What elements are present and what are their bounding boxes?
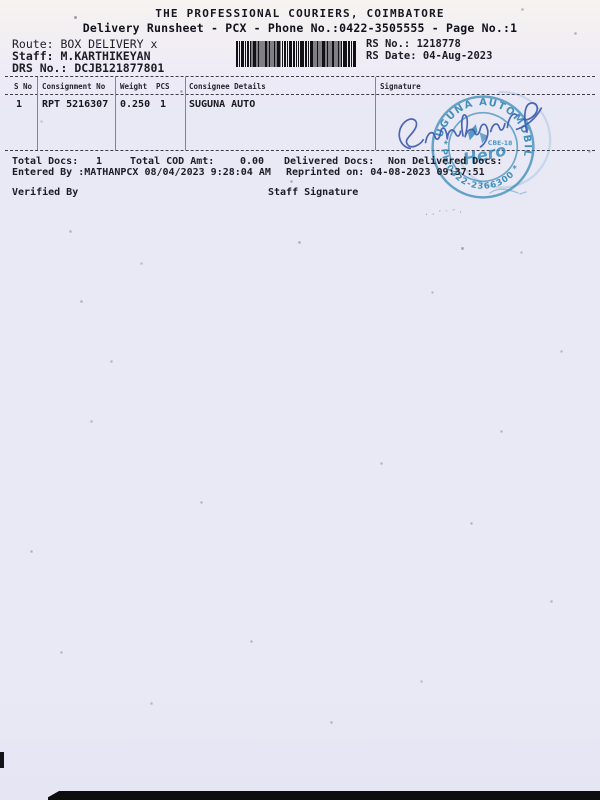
non-delivered-docs-label: Non Delivered Docs:	[388, 156, 502, 167]
stamp-ink-remnant	[488, 182, 528, 201]
scan-edge-tick	[0, 752, 4, 768]
col-header-consignee: Consignee Details	[189, 82, 266, 91]
rs-date: RS Date: 04-Aug-2023	[366, 50, 492, 62]
scan-noise	[0, 0, 1, 1]
cell-consignee: SUGUNA AUTO	[189, 99, 255, 110]
col-header-consignment: Consignment No	[42, 82, 105, 91]
col-header-weight: Weight	[120, 82, 147, 91]
total-cod-value: 0.00	[240, 156, 264, 167]
column-rule-2	[115, 77, 116, 150]
cell-weight: 0.250	[120, 99, 150, 110]
cell-consignment: RPT 5216307	[42, 99, 108, 110]
divider-top	[5, 76, 595, 77]
col-header-signature: Signature	[380, 82, 421, 91]
staff-signature-label: Staff Signature	[268, 187, 358, 198]
runsheet-subtitle: Delivery Runsheet - PCX - Phone No.:0422…	[0, 21, 600, 35]
col-header-pcs: PCS	[156, 82, 170, 91]
total-cod-label: Total COD Amt:	[130, 156, 214, 167]
column-rule-4	[375, 77, 376, 150]
scanned-delivery-runsheet: { "page": { "title": "THE PROFESSIONAL C…	[0, 0, 600, 800]
pencil-smudge: ·⋅ʹ′˝⋅	[424, 208, 465, 220]
delivered-docs-label: Delivered Docs:	[284, 156, 374, 167]
column-rule-1	[37, 77, 38, 150]
cell-pcs: 1	[160, 99, 166, 110]
rs-number: RS No.: 1218778	[366, 38, 461, 50]
column-rule-3	[185, 77, 186, 150]
entered-by-line: Entered By :MATHANPCX 08/04/2023 9:28:04…	[12, 167, 271, 178]
total-docs-label: Total Docs:	[12, 156, 78, 167]
verified-by-label: Verified By	[12, 187, 78, 198]
reprinted-line: Reprinted on: 04-08-2023 09:37:51	[286, 167, 485, 178]
drs-label: DRS No.:	[12, 61, 67, 75]
total-docs-value: 1	[96, 156, 102, 167]
drs-line: DRS No.: DCJB121877801	[12, 61, 164, 75]
col-header-sno: S No	[14, 82, 32, 91]
drs-value: DCJB121877801	[74, 61, 164, 75]
company-title: THE PROFESSIONAL COURIERS, COIMBATORE	[0, 7, 600, 20]
scan-edge-strip	[48, 791, 600, 800]
barcode	[236, 40, 356, 72]
cell-sno: 1	[16, 99, 22, 110]
